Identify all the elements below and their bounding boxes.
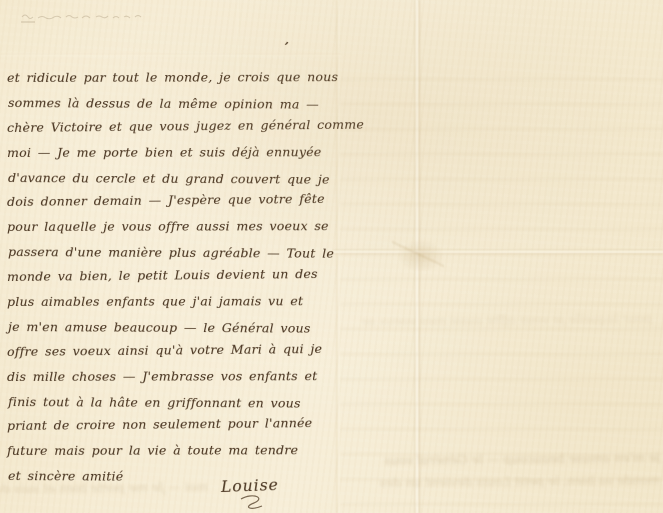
show-through-text: monde va bien, le petit Louis devient un… bbox=[300, 468, 660, 496]
signature-flourish bbox=[238, 494, 270, 512]
handwritten-line: priant de croire non seulement pour l'an… bbox=[7, 411, 343, 439]
pencil-inscription bbox=[18, 8, 148, 28]
fold-crease-horizontal-top bbox=[0, 54, 342, 57]
fold-crease-horizontal-right bbox=[333, 249, 663, 255]
show-through-text: pour laquelle je vous offre aussi mes vo… bbox=[352, 306, 652, 333]
paper-wrinkle bbox=[392, 236, 444, 272]
fold-crease-vertical-main bbox=[414, 0, 421, 513]
handwritten-line: dois donner demain — J'espère que votre … bbox=[7, 187, 343, 215]
show-through-bands bbox=[340, 78, 663, 513]
handwritten-line: et sincère amitié bbox=[8, 464, 344, 491]
ink-mark: , bbox=[284, 34, 292, 48]
handwritten-line: et ridicule par tout le monde, je crois … bbox=[7, 65, 343, 91]
handwritten-line: pour laquelle je vous offre aussi mes vo… bbox=[7, 214, 343, 240]
handwritten-line: monde va bien, le petit Louis devient un… bbox=[7, 262, 343, 290]
handwritten-line: chère Victoire et que vous jugez en géné… bbox=[7, 113, 343, 141]
handwritten-line: moi — Je me porte bien et suis déjà ennu… bbox=[7, 140, 343, 166]
handwritten-line: offre ses voeux ainsi qu'à votre Mari à … bbox=[7, 337, 343, 365]
handwritten-line: plus aimables enfants que j'ai jamais vu… bbox=[7, 289, 343, 315]
handwritten-line: future mais pour la vie à toute ma tendr… bbox=[7, 438, 343, 464]
letter-page-left: et ridicule par tout le monde, je crois … bbox=[7, 66, 343, 489]
handwritten-line: dis mille choses — J'embrasse vos enfant… bbox=[7, 364, 343, 390]
letter-scan: , et ridicule par tout le monde, je croi… bbox=[0, 0, 663, 513]
